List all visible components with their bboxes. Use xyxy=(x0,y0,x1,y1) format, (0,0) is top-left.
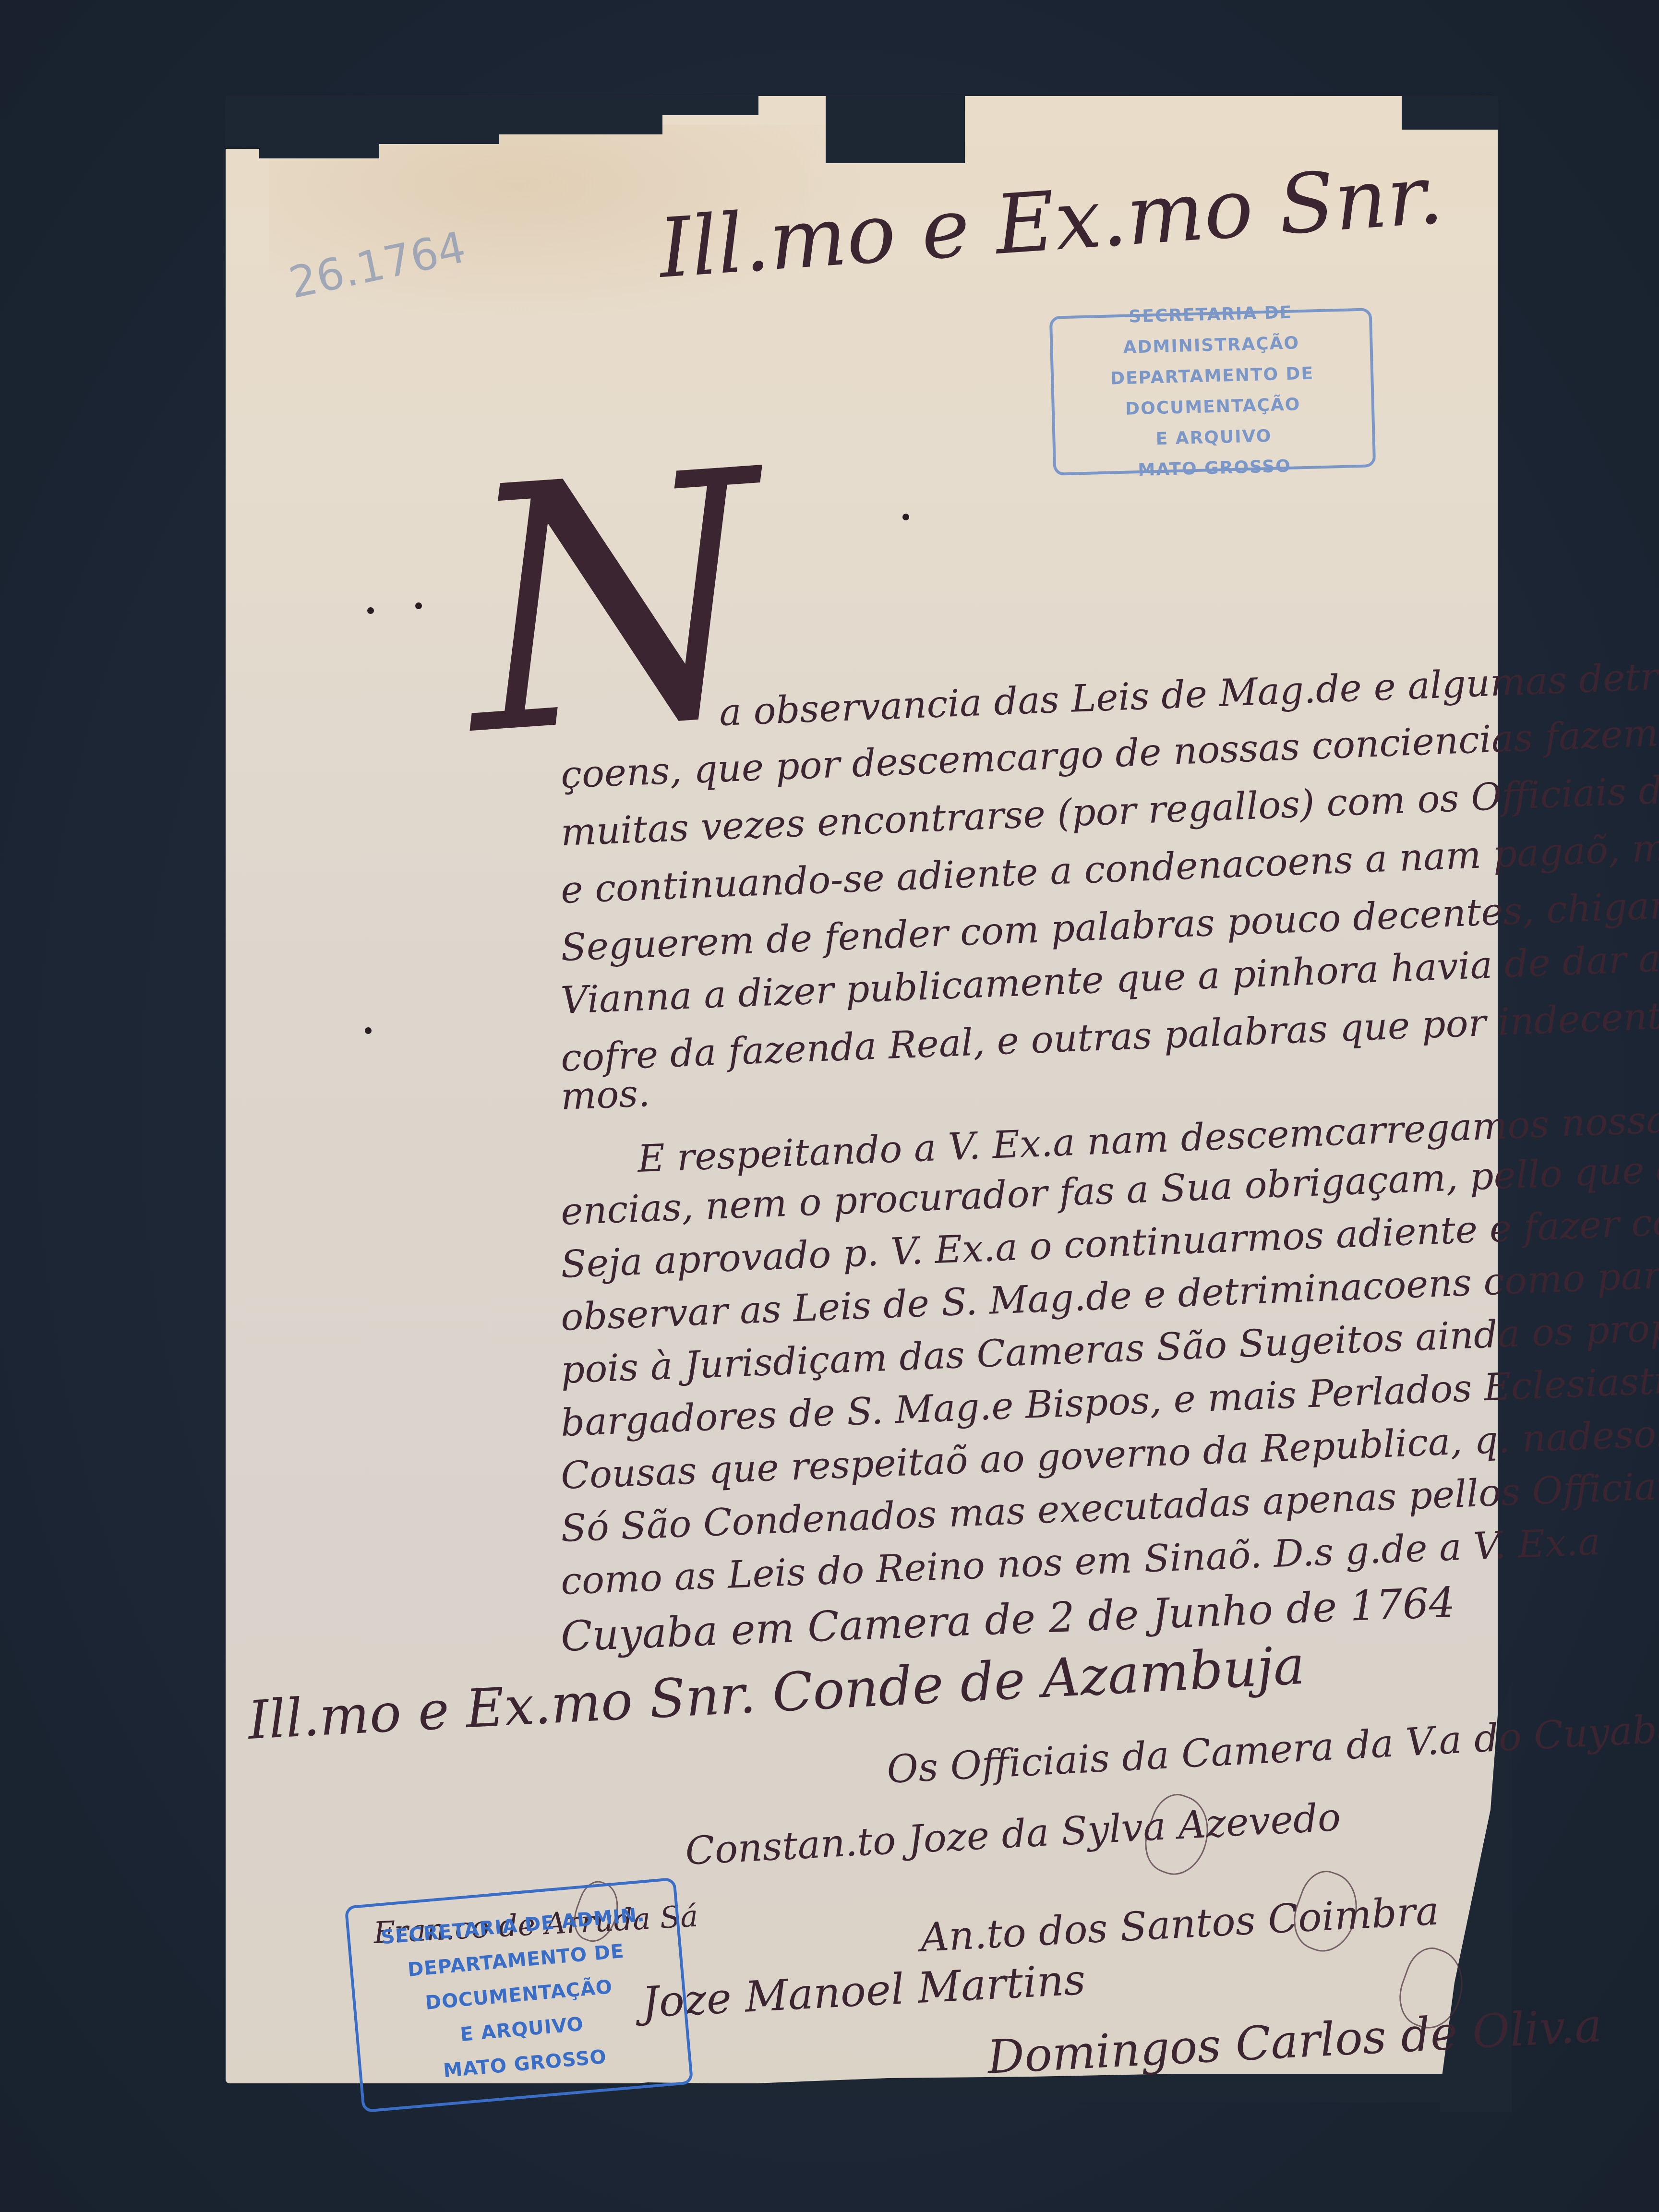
stamp-line: SECRETARIA DE ADMINISTRAÇÃO xyxy=(1052,295,1370,365)
stamp-line: DEPARTAMENTO DE DOCUMENTAÇÃO xyxy=(1053,357,1371,426)
body-line: mos. xyxy=(560,1072,651,1118)
ink-dot xyxy=(367,607,374,614)
archive-stamp-top: SECRETARIA DE ADMINISTRAÇÃO DEPARTAMENTO… xyxy=(1049,308,1376,475)
ink-dot xyxy=(415,602,422,609)
ink-dot xyxy=(902,514,909,520)
ink-dot xyxy=(365,1027,372,1034)
archive-stamp-bottom: SECRETARIA DE ADMIN. DEPARTAMENTO DE DOC… xyxy=(344,1877,693,2113)
